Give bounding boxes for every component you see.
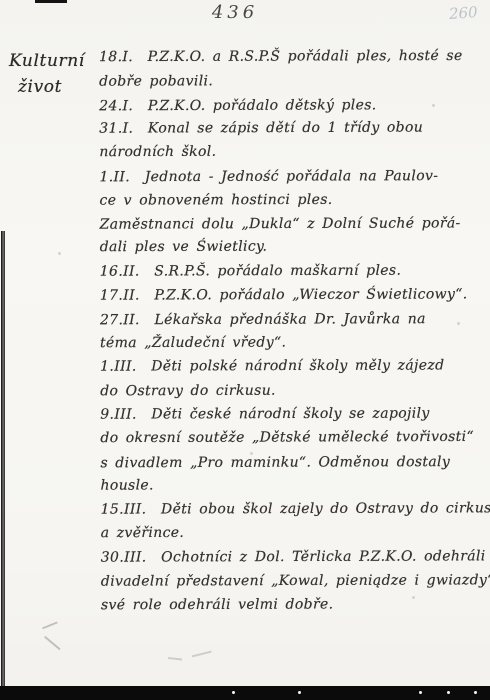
handwritten-line: 30.III. Ochotníci z Dol. Těrlicka P.Z.K.… [101, 545, 489, 570]
handwritten-line: 1.III. Děti polské národní školy měly zá… [100, 355, 488, 380]
handwritten-line: ce v obnoveném hostinci ples. [100, 188, 488, 213]
paper-speck [250, 452, 253, 455]
handwritten-line: divadelní představení „Kowal, pieniądze … [101, 569, 489, 594]
handwritten-line: 1.II. Jednota - Jedność pořádala na Paul… [99, 165, 487, 190]
pencil-scribble [167, 648, 216, 667]
handwritten-line: housle. [100, 474, 488, 499]
handwritten-line: 17.II. P.Z.K.O. pořádalo „Wieczor Świetl… [100, 283, 488, 308]
scanned-page: 436 260 Kulturní život 18.I. P.Z.K.O. a … [0, 0, 490, 700]
chronicle-lines: 18.I. P.Z.K.O. a R.S.P.Š pořádali ples, … [99, 45, 489, 617]
paper-speck [432, 104, 435, 107]
paper-speck [457, 322, 460, 325]
margin-heading-line: život [9, 74, 85, 100]
handwritten-line: Zaměstnanci dolu „Dukla“ z Dolní Suché p… [100, 212, 488, 237]
handwritten-line: národních škol. [99, 140, 487, 165]
handwritten-line: do Ostravy do cirkusu. [100, 379, 488, 404]
handwritten-line: 16.II. S.R.P.Š. pořádalo maškarní ples. [100, 259, 488, 284]
scan-edge-artifact [1, 231, 5, 687]
handwritten-line: 31.I. Konal se zápis dětí do 1 třídy obo… [99, 117, 487, 142]
paper-speck [412, 596, 415, 599]
handwritten-line: své role odehráli velmi dobře. [101, 593, 489, 618]
pencil-scribble [31, 614, 76, 663]
page-number: 436 [0, 2, 470, 23]
scan-bottom-edge [0, 686, 490, 700]
handwritten-line: do okresní soutěže „Dětské umělecké tvoř… [100, 426, 488, 451]
handwritten-line: 9.III. Děti české národní školy se zapoj… [100, 402, 488, 427]
handwritten-line: 27.II. Lékařska přednáška Dr. Javůrka na [100, 308, 488, 333]
handwritten-line: dobře pobavili. [99, 69, 487, 94]
handwritten-line: 15.III. Děti obou škol zajely do Ostravy… [101, 497, 489, 522]
archival-corner-number: 260 [449, 3, 479, 23]
paper-speck [58, 252, 61, 255]
handwritten-line: 18.I. P.Z.K.O. a R.S.P.Š pořádali ples, … [99, 45, 487, 70]
handwritten-line: a zvěřince. [101, 521, 489, 546]
margin-heading-line: Kulturní [9, 48, 85, 74]
margin-heading: Kulturní život [9, 48, 85, 100]
handwritten-line: dali ples ve Świetlicy. [100, 235, 488, 260]
handwritten-line: téma „Žaludeční vředy“. [100, 330, 488, 355]
handwritten-line: 24.I. P.Z.K.O. pořádalo dětský ples. [99, 94, 487, 119]
handwritten-line: s divadlem „Pro maminku“. Odměnou dostal… [100, 450, 488, 475]
